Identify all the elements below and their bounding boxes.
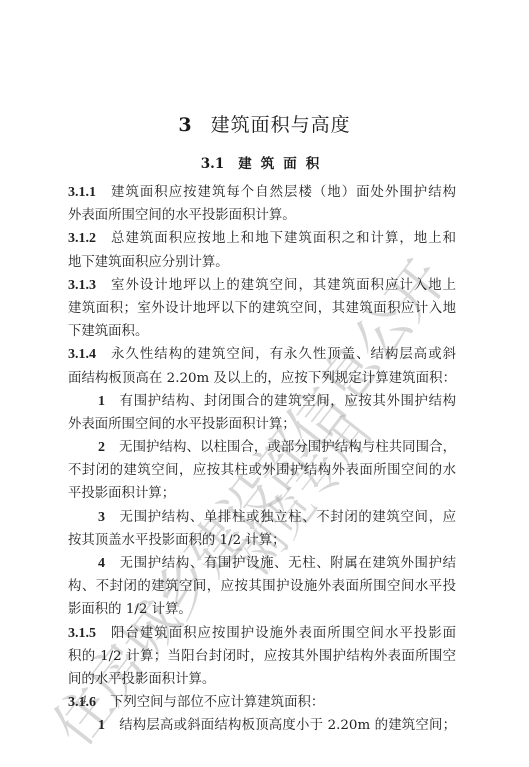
item-number: 4	[98, 556, 105, 571]
line-text: 外表面所围空间的水平投影面积计算；	[68, 417, 296, 432]
line-text: 下建筑面积。	[68, 324, 148, 339]
item-line: 4无围护结构、有围护设施、无柱、附属在建筑外围护结	[68, 552, 456, 575]
item-line: 1有围护结构、封闭围合的建筑空间，应按其外围护结构	[68, 390, 456, 413]
continuation-line: 影面积的 1/2 计算。	[68, 598, 456, 621]
continuation-line: 外表面所围空间的水平投影面积计算；	[68, 413, 456, 436]
line-text: 无围护结构、以柱围合，或部分围护结构与柱共同围合，	[119, 440, 456, 455]
section-number: 3.1	[201, 156, 225, 172]
item-line: 2无围护结构、以柱围合，或部分围护结构与柱共同围合，	[68, 436, 456, 459]
chapter-title-text: 建筑面积与高度	[211, 114, 351, 136]
continuation-line: 间的水平投影面积计算。	[68, 668, 456, 691]
line-text: 外表面所围空间的水平投影面积计算。	[68, 208, 296, 223]
line-text: 平投影面积计算；	[68, 486, 175, 501]
line-text: 总建筑面积应按地上和地下建筑面积之和计算，地上和	[110, 231, 456, 246]
clause-line: 3.1.1建筑面积应按建筑每个自然层楼（地）面处外围护结构	[68, 181, 456, 204]
item-number: 1	[98, 718, 105, 733]
item-number: 3	[98, 510, 105, 525]
clause-line: 3.1.4永久性结构的建筑空间，有永久性顶盖、结构层高或斜	[68, 343, 456, 366]
continuation-line: 建筑面积；室外设计地坪以下的建筑空间，其建筑面积应计入地	[68, 297, 456, 320]
line-text: 间的水平投影面积计算。	[68, 672, 215, 687]
page-number: 4	[80, 692, 87, 708]
continuation-line: 按其顶盖水平投影面积的 1/2 计算；	[68, 529, 456, 552]
line-text: 无围护结构、有围护设施、无柱、附属在建筑外围护结	[119, 556, 456, 571]
section-title-text: 建筑面积	[238, 156, 328, 172]
continuation-line: 平投影面积计算；	[68, 482, 456, 505]
clause-line: 3.1.3室外设计地坪以上的建筑空间，其建筑面积应计入地上	[68, 274, 456, 297]
line-text: 室外设计地坪以上的建筑空间，其建筑面积应计入地上	[110, 278, 456, 293]
item-number: 2	[98, 440, 105, 455]
line-text: 积的 1/2 计算；当阳台封闭时，应按其外围护结构外表面所围空	[68, 649, 456, 664]
line-text: 不封闭的建筑空间，应按其柱或外围护结构外表面所围空间的水	[68, 463, 456, 478]
item-number: 1	[98, 394, 105, 409]
continuation-line: 面结构板顶高在 2.20m 及以上的，应按下列规定计算建筑面积：	[68, 367, 456, 390]
clause-line: 3.1.6下列空间与部位不应计算建筑面积：	[68, 691, 456, 714]
continuation-line: 下建筑面积。	[68, 320, 456, 343]
clause-line: 3.1.2总建筑面积应按地上和地下建筑面积之和计算，地上和	[68, 227, 456, 250]
clause-number: 3.1.4	[68, 347, 96, 362]
item-line: 3无围护结构、单排柱或独立柱、不封闭的建筑空间，应	[68, 506, 456, 529]
line-text: 有围护结构、封闭围合的建筑空间，应按其外围护结构	[119, 394, 456, 409]
line-text: 建筑面积；室外设计地坪以下的建筑空间，其建筑面积应计入地	[68, 301, 456, 316]
line-text: 影面积的 1/2 计算。	[68, 602, 192, 617]
clause-number: 3.1.1	[68, 185, 96, 200]
chapter-title: 3建筑面积与高度	[0, 110, 529, 137]
item-line: 1结构层高或斜面结构板顶高度小于 2.20m 的建筑空间；	[68, 714, 456, 737]
continuation-line: 外表面所围空间的水平投影面积计算。	[68, 204, 456, 227]
continuation-line: 不封闭的建筑空间，应按其柱或外围护结构外表面所围空间的水	[68, 459, 456, 482]
line-text: 构、不封闭的建筑空间，应按其围护设施外表面所围空间水平投	[68, 579, 456, 594]
line-text: 结构层高或斜面结构板顶高度小于 2.20m 的建筑空间；	[119, 718, 456, 733]
section-title: 3.1建筑面积	[0, 152, 529, 172]
line-text: 按其顶盖水平投影面积的 1/2 计算；	[68, 533, 286, 548]
clause-number: 3.1.3	[68, 278, 96, 293]
line-text: 永久性结构的建筑空间，有永久性顶盖、结构层高或斜	[110, 347, 456, 362]
line-text: 下列空间与部位不应计算建筑面积：	[110, 695, 324, 710]
line-text: 地下建筑面积应分别计算。	[68, 255, 229, 270]
chapter-number: 3	[178, 114, 192, 136]
continuation-line: 积的 1/2 计算；当阳台封闭时，应按其外围护结构外表面所围空	[68, 645, 456, 668]
continuation-line: 构、不封闭的建筑空间，应按其围护设施外表面所围空间水平投	[68, 575, 456, 598]
line-text: 建筑面积应按建筑每个自然层楼（地）面处外围护结构	[110, 185, 456, 200]
line-text: 面结构板顶高在 2.20m 及以上的，应按下列规定计算建筑面积：	[68, 371, 456, 386]
line-text: 无围护结构、单排柱或独立柱、不封闭的建筑空间，应	[119, 510, 456, 525]
clause-number: 3.1.2	[68, 231, 96, 246]
clause-line: 3.1.5阳台建筑面积应按围护设施外表面所围空间水平投影面	[68, 622, 456, 645]
continuation-line: 地下建筑面积应分别计算。	[68, 251, 456, 274]
clause-number: 3.1.5	[68, 626, 96, 641]
line-text: 阳台建筑面积应按围护设施外表面所围空间水平投影面	[110, 626, 456, 641]
document-page: 住房城乡建设部信息公开 浏览专用 3建筑面积与高度 3.1建筑面积 3.1.1建…	[0, 0, 529, 767]
body-text: 3.1.1建筑面积应按建筑每个自然层楼（地）面处外围护结构外表面所围空间的水平投…	[68, 181, 456, 738]
